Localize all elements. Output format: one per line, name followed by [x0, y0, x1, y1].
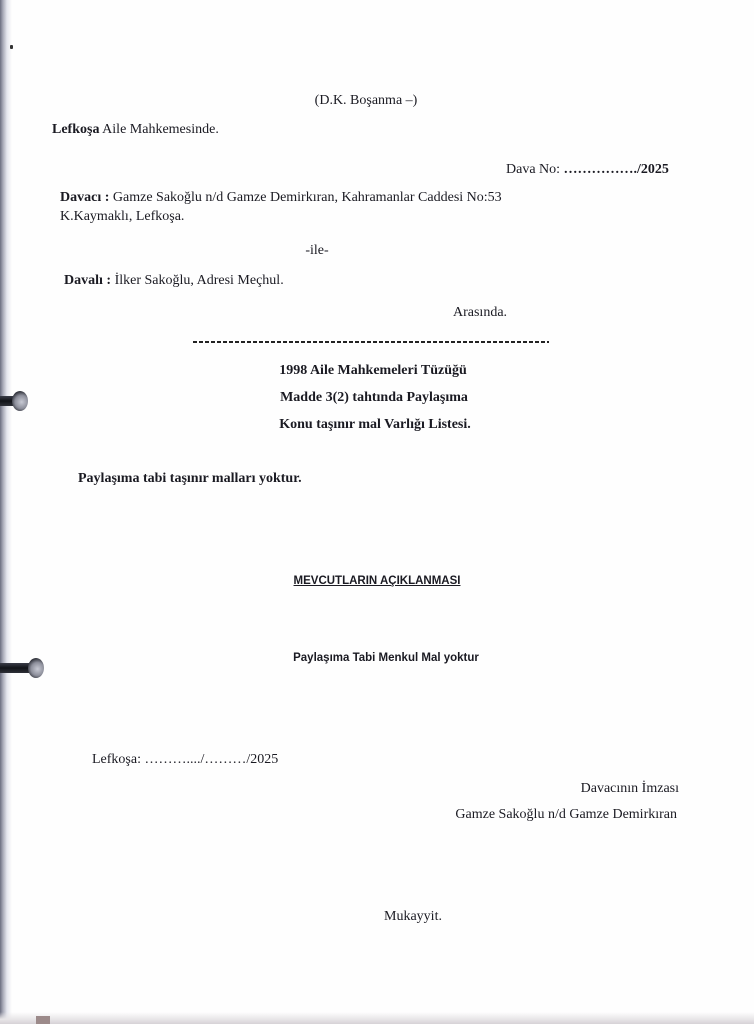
disclosure-heading: MEVCUTLARIN AÇIKLANMASI [294, 572, 461, 590]
registrar-label: Mukayyit. [384, 908, 442, 926]
binder-fastener-icon [0, 396, 22, 406]
case-number: Dava No: ……………./2025 [506, 161, 669, 179]
case-number-blank: ……………. [564, 162, 638, 177]
scan-edge-shadow [0, 0, 12, 1024]
court-name: Aile Mahkemesinde. [99, 122, 218, 137]
case-number-year: /2025 [637, 162, 669, 177]
heading-line-1: 1998 Aile Mahkemeleri Tüzüğü [279, 362, 467, 380]
signature-name: Gamze Sakoğlu n/d Gamze Demirkıran [455, 806, 677, 824]
date-line: Lefkoşa: ………..../………/2025 [92, 751, 278, 769]
signature-label: Davacının İmzası [581, 780, 679, 798]
plaintiff-line-2: K.Kaymaklı, Lefkoşa. [60, 208, 184, 226]
court-city: Lefkoşa [52, 122, 99, 137]
scan-speck [10, 45, 13, 49]
plaintiff-label: Davacı : [60, 190, 113, 205]
court-line: Lefkoşa Aile Mahkemesinde. [52, 121, 219, 139]
between-label: Arasında. [453, 304, 507, 322]
plaintiff-line-1: Davacı : Gamze Sakoğlu n/d Gamze Demirkı… [60, 189, 502, 207]
plaintiff-details: Gamze Sakoğlu n/d Gamze Demirkıran, Kahr… [113, 190, 502, 205]
immovables-statement: Paylaşıma Tabi Menkul Mal yoktur [293, 649, 479, 667]
case-type: (D.K. Boşanma –) [315, 92, 418, 110]
heading-line-2: Madde 3(2) tahtında Paylaşıma [280, 389, 468, 407]
case-number-label: Dava No: [506, 162, 564, 177]
dashed-separator [193, 341, 549, 343]
connector-ile: -ile- [305, 242, 328, 260]
paper-bottom-edge [0, 1012, 754, 1024]
defendant-label: Davalı : [64, 273, 115, 288]
scanned-document-page: (D.K. Boşanma –) Lefkoşa Aile Mahkemesin… [0, 0, 754, 1024]
movables-statement: Paylaşıma tabi taşınır malları yoktur. [78, 470, 302, 488]
defendant-line: Davalı : İlker Sakoğlu, Adresi Meçhul. [64, 272, 284, 290]
heading-line-3: Konu taşınır mal Varlığı Listesi. [279, 416, 471, 434]
binder-fastener-icon [0, 663, 38, 673]
defendant-details: İlker Sakoğlu, Adresi Meçhul. [115, 273, 284, 288]
